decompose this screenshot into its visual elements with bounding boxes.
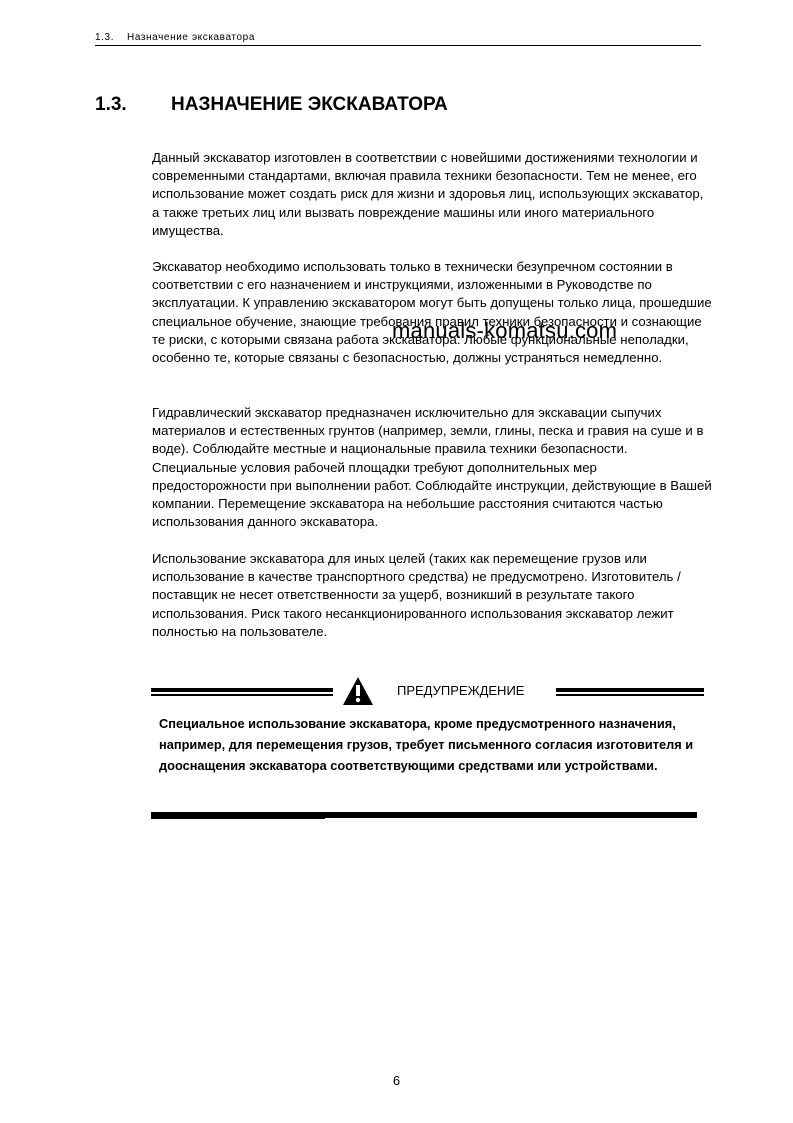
paragraph-3: Гидравлический экскаватор предназначен и… xyxy=(152,404,712,531)
running-header-title: Назначение экскаватора xyxy=(127,32,255,43)
paragraph-2: Экскаватор необходимо использовать тольк… xyxy=(152,258,712,367)
section-number: 1.3. xyxy=(95,93,171,117)
warning-bottom-rule xyxy=(151,812,697,818)
warning-rule-left xyxy=(151,688,333,697)
warning-triangle-icon xyxy=(342,676,374,706)
section-heading: 1.3.НАЗНАЧЕНИЕ ЭКСКАВАТОРА xyxy=(95,93,448,117)
running-header: 1.3.Назначение экскаватора xyxy=(95,31,701,46)
page-number: 6 xyxy=(0,1073,793,1089)
section-title: НАЗНАЧЕНИЕ ЭКСКАВАТОРА xyxy=(171,94,448,115)
running-header-number: 1.3. xyxy=(95,31,127,44)
warning-rule-right xyxy=(556,688,704,697)
paragraph-4: Использование экскаватора для иных целей… xyxy=(152,550,712,641)
paragraph-1: Данный экскаватор изготовлен в соответст… xyxy=(152,149,712,240)
warning-header: ПРЕДУПРЕЖДЕНИЕ xyxy=(151,676,704,706)
warning-text: Специальное использование экскаватора, к… xyxy=(159,714,704,776)
warning-label: ПРЕДУПРЕЖДЕНИЕ xyxy=(397,683,524,699)
